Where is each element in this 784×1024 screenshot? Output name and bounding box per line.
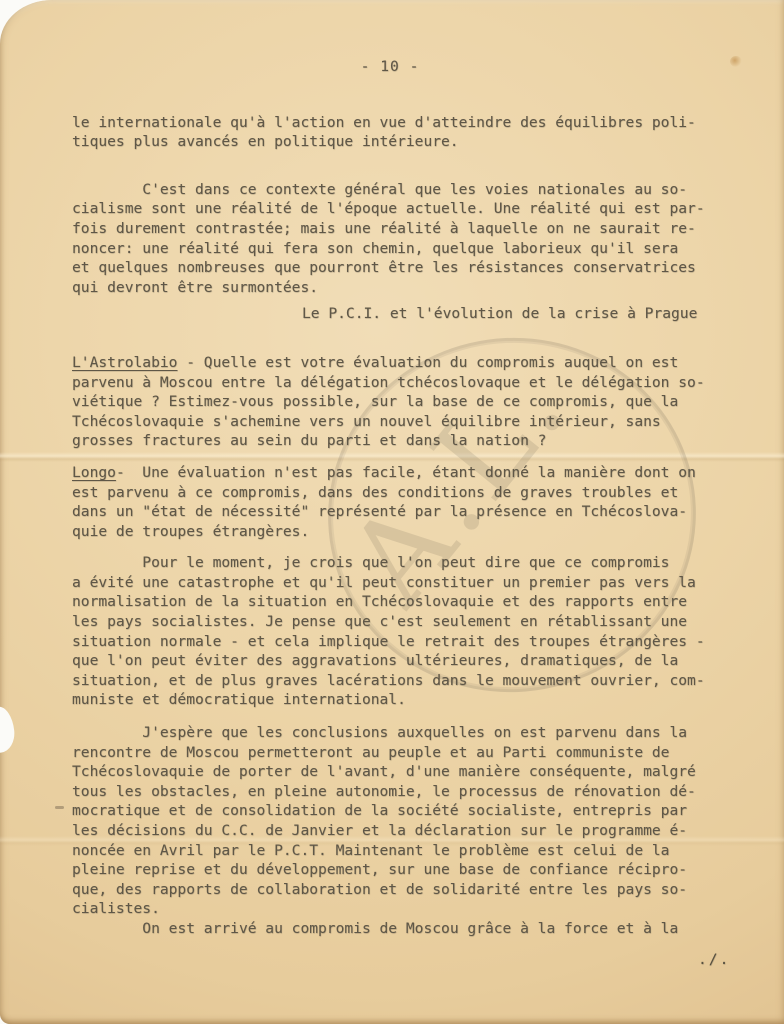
paper-stain [730,56,742,67]
paragraph-intro: le internationale qu'à l'action en vue d… [72,113,720,152]
paper-tear-notch [0,705,16,753]
interview-answer-part2: Pour le moment, je crois que l'on peut d… [72,553,720,710]
margin-mark [55,806,64,809]
speaker-label-astrolabio: L'Astrolabio [72,354,177,371]
page-number: - 10 - [72,57,708,77]
speaker-label-longo: Longo [72,464,116,481]
scanned-page: A.L. - 10 - le internationale qu'à l'act… [0,0,784,1024]
interview-answer-part3: J'espère que les conclusions auxquelles … [72,723,720,939]
answer-text-part1: - Une évaluation n'est pas facile, étant… [72,464,696,540]
section-heading: Le P.C.I. et l'évolution de la crise à P… [302,304,720,324]
paragraph-context: C'est dans ce contexte général que les v… [72,180,720,298]
interview-answer-part1: Longo- Une évaluation n'est pas facile, … [72,463,720,541]
continuation-mark: ./. [698,951,730,968]
document-body: - 10 - le internationale qu'à l'action e… [72,57,720,939]
interview-question: L'Astrolabio - Quelle est votre évaluati… [72,353,720,451]
